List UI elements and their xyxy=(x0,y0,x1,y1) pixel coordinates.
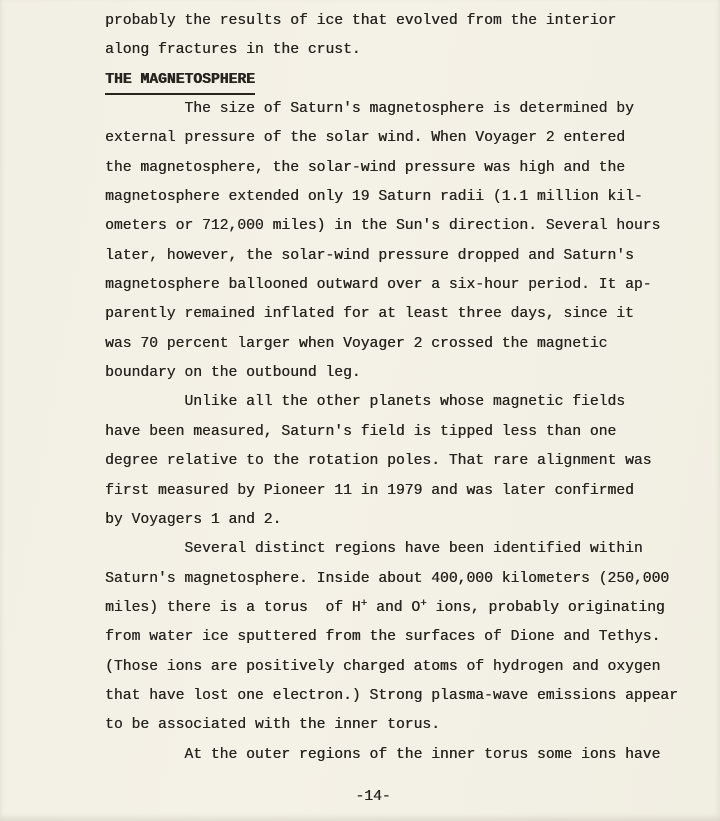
text-line: that have lost one electron.) Strong pla… xyxy=(105,682,685,711)
text-line: degree relative to the rotation poles. T… xyxy=(105,447,685,476)
text-line: have been measured, Saturn's field is ti… xyxy=(105,418,685,447)
text-line: the magnetosphere, the solar-wind pressu… xyxy=(105,154,685,183)
hydrogen-ion-superscript: + xyxy=(361,590,368,619)
text-line: probably the results of ice that evolved… xyxy=(105,7,685,36)
ion-line-post: ions, probably originating xyxy=(427,600,665,616)
section-heading: THE MAGNETOSPHERE xyxy=(105,66,685,95)
text-line: from water ice sputtered from the surfac… xyxy=(105,623,685,652)
text-line: Several distinct regions have been ident… xyxy=(105,535,685,564)
text-line: along fractures in the crust. xyxy=(105,36,685,65)
text-line: was 70 percent larger when Voyager 2 cro… xyxy=(105,330,685,359)
text-line-with-ion-superscripts: miles) there is a torus of H+ and O+ ion… xyxy=(105,594,685,623)
section-heading-text: THE MAGNETOSPHERE xyxy=(105,68,255,95)
typewritten-text-block: probably the results of ice that evolved… xyxy=(105,7,685,770)
text-line: parently remained inflated for at least … xyxy=(105,300,685,329)
text-line: magnetosphere extended only 19 Saturn ra… xyxy=(105,183,685,212)
text-line: magnetosphere ballooned outward over a s… xyxy=(105,271,685,300)
text-line: boundary on the outbound leg. xyxy=(105,359,685,388)
text-line: external pressure of the solar wind. Whe… xyxy=(105,124,685,153)
text-line: by Voyagers 1 and 2. xyxy=(105,506,685,535)
page-number: -14- xyxy=(13,789,720,805)
document-page: probably the results of ice that evolved… xyxy=(0,0,720,821)
ion-line-pre: miles) there is a torus of H xyxy=(105,600,361,616)
text-line: to be associated with the inner torus. xyxy=(105,711,685,740)
text-line: ometers or 712,000 miles) in the Sun's d… xyxy=(105,212,685,241)
ion-line-mid: and O xyxy=(367,600,420,616)
text-line: first measured by Pioneer 11 in 1979 and… xyxy=(105,477,685,506)
text-line: Saturn's magnetosphere. Inside about 400… xyxy=(105,565,685,594)
text-line: At the outer regions of the inner torus … xyxy=(105,741,685,770)
text-line: Unlike all the other planets whose magne… xyxy=(105,388,685,417)
text-line: (Those ions are positively charged atoms… xyxy=(105,653,685,682)
text-line: The size of Saturn's magnetosphere is de… xyxy=(105,95,685,124)
text-line: later, however, the solar-wind pressure … xyxy=(105,242,685,271)
oxygen-ion-superscript: + xyxy=(420,590,427,619)
